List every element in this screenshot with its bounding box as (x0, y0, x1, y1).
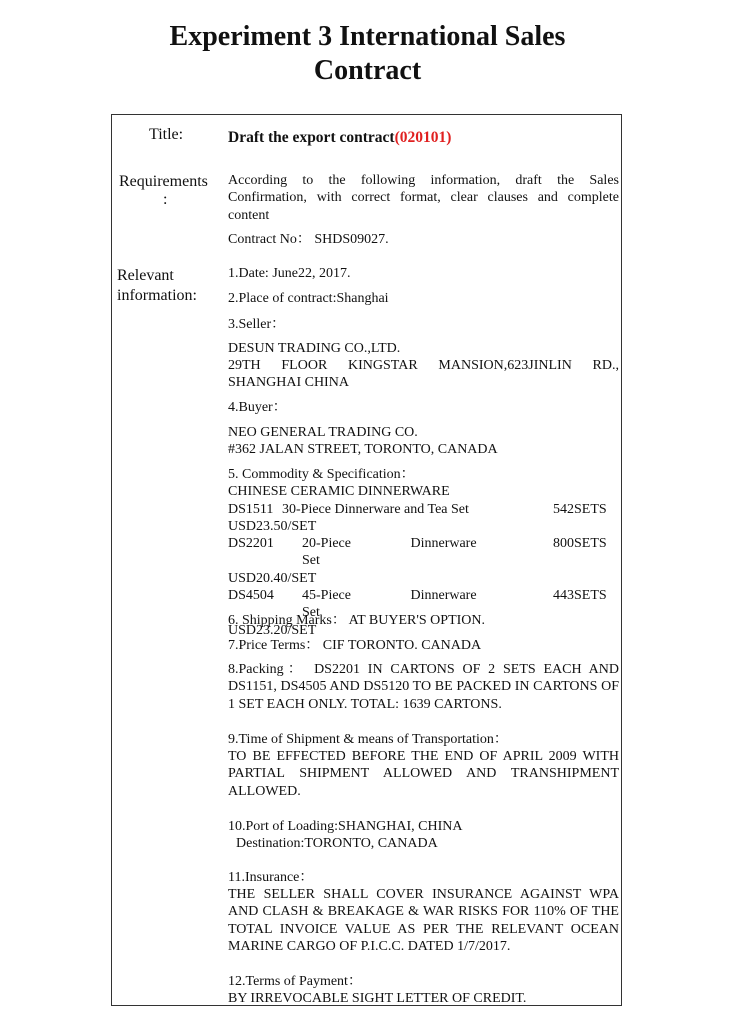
info-payment-label: 12.Terms of Payment： (228, 973, 619, 990)
info-seller-name: DESUN TRADING CO.,LTD. (228, 340, 619, 357)
relevant-label-line2: information: (117, 286, 197, 306)
commodity-item: DS2201 20-Piece Dinnerware Set 800SETS U… (228, 535, 619, 587)
requirements-label: Requirements (119, 172, 208, 192)
item-code: DS2201 (228, 535, 302, 570)
info-buyer-label: 4.Buyer： (228, 399, 619, 416)
info-packing: 8.Packing： DS2201 IN CARTONS OF 2 SETS E… (228, 661, 619, 713)
item-desc: 30-Piece Dinnerware and Tea Set (282, 501, 553, 518)
info-port-loading: 10.Port of Loading:SHANGHAI, CHINA (228, 818, 619, 835)
commodity-name: CHINESE CERAMIC DINNERWARE (228, 483, 619, 500)
info-destination: Destination:TORONTO, CANADA (228, 835, 627, 852)
info-buyer-name: NEO GENERAL TRADING CO. (228, 424, 619, 441)
title-text: Draft the export contract (228, 129, 395, 146)
info-price-terms: 7.Price Terms： CIF TORONTO. CANADA (228, 637, 619, 654)
info-payment-text: BY IRREVOCABLE SIGHT LETTER OF CREDIT. (228, 990, 619, 1007)
title-value: Draft the export contract(020101) (228, 129, 619, 146)
document-title-line2: Contract (0, 54, 735, 88)
info-place: 2.Place of contract:Shanghai (228, 290, 619, 307)
item-qty: 800SETS (553, 535, 619, 570)
info-buyer-address: #362 JALAN STREET, TORONTO, CANADA (228, 441, 619, 458)
info-seller-label: 3.Seller： (228, 316, 619, 333)
document-title: Experiment 3 International Sales Contrac… (0, 20, 735, 88)
contract-info-box: Title: Requirements : Relevant informati… (111, 114, 622, 1006)
info-shipment-text: TO BE EFFECTED BEFORE THE END OF APRIL 2… (228, 748, 619, 800)
item-price: USD23.50/SET (228, 518, 619, 535)
info-insurance-text: THE SELLER SHALL COVER INSURANCE AGAINST… (228, 886, 619, 955)
commodity-label: 5. Commodity & Specification： (228, 466, 619, 483)
item-price: USD20.40/SET (228, 570, 619, 587)
requirements-colon: : (163, 190, 167, 210)
item-qty: 542SETS (553, 501, 619, 518)
relevant-label-line1: Relevant (117, 266, 174, 286)
title-code: (020101) (395, 129, 452, 146)
requirements-text: According to the following information, … (228, 172, 619, 224)
info-shipping-marks: 6. Shipping Marks： AT BUYER'S OPTION. (228, 612, 619, 629)
info-seller-address: 29TH FLOOR KINGSTAR MANSION,623JINLIN RD… (228, 357, 619, 392)
item-desc: 20-Piece Dinnerware Set (302, 535, 553, 570)
item-code: DS1511 (228, 501, 282, 518)
title-label: Title: (149, 125, 183, 145)
commodity-item: DS1511 30-Piece Dinnerware and Tea Set 5… (228, 501, 619, 536)
document-title-line1: Experiment 3 International Sales (0, 20, 735, 54)
info-date: 1.Date: June22, 2017. (228, 265, 619, 282)
info-insurance-label: 11.Insurance： (228, 869, 619, 886)
info-shipment-label: 9.Time of Shipment & means of Transporta… (228, 731, 619, 748)
contract-number: Contract No： SHDS09027. (228, 231, 619, 248)
